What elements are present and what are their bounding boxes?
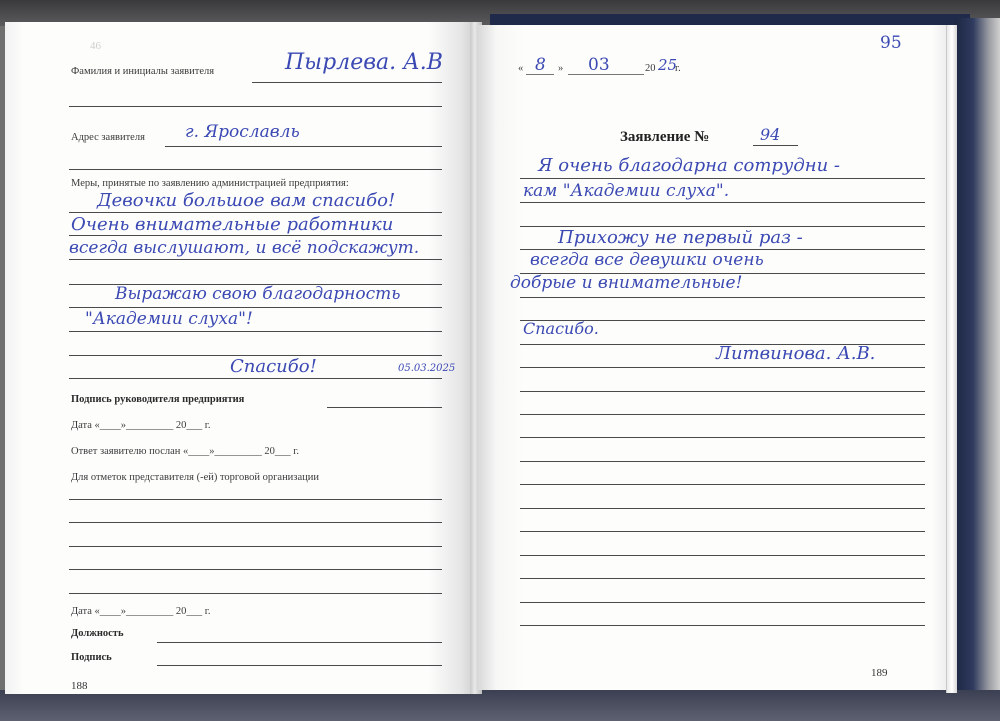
measures-text-line: Спасибо!	[230, 356, 317, 377]
applicant-name-line	[252, 82, 442, 83]
date-year-unit: г.	[675, 63, 681, 74]
blank-line	[69, 106, 442, 107]
statement-text-line: добрые и внимательные!	[510, 273, 742, 293]
date-line: Дата «____»_________ 20___ г.	[71, 420, 211, 431]
measures-date: 05.03.2025	[398, 363, 455, 374]
ruled-line	[520, 625, 925, 626]
applicant-name-label: Фамилия и инициалы заявителя	[71, 66, 214, 77]
blank-line	[69, 169, 442, 170]
left-page: 46 Фамилия и инициалы заявителя Пырлева.…	[5, 22, 475, 694]
right-page: 95 « 8 » 03 20 25 г. Заявление № 94 Я оч…	[478, 25, 946, 690]
book-cover-right	[955, 18, 1000, 721]
ruled-line	[69, 259, 442, 260]
ruled-line	[520, 202, 925, 203]
date-month-line	[568, 74, 644, 75]
ruled-line	[520, 367, 925, 368]
date-open-quote: «	[518, 63, 523, 74]
ruled-line	[520, 437, 925, 438]
ruled-line	[69, 546, 442, 547]
ruled-line	[520, 531, 925, 532]
ruled-line	[69, 235, 442, 236]
ruled-line	[69, 212, 442, 213]
ruled-line	[69, 569, 442, 570]
page-number-left: 188	[71, 680, 88, 692]
ruled-line	[520, 602, 925, 603]
manager-signature-label: Подпись руководителя предприятия	[71, 394, 244, 405]
ruled-line	[69, 499, 442, 500]
ruled-line	[69, 593, 442, 594]
statement-text-line: Я очень благодарна сотрудни -	[538, 155, 840, 176]
measures-text-line: всегда выслушают, и всё подскажут.	[69, 238, 419, 258]
ruled-line	[520, 578, 925, 579]
statement-text-line: Прихожу не первый раз -	[558, 227, 803, 248]
applicant-signature: Литвинова. А.В.	[716, 343, 875, 364]
trade-rep-notes-label: Для отметок представителя (-ей) торговой…	[71, 472, 319, 483]
ruled-line	[69, 522, 442, 523]
statement-number-line	[753, 145, 798, 146]
signature-line	[157, 665, 442, 666]
measures-text-line: Девочки большое вам спасибо!	[97, 190, 395, 211]
measures-text-line: Выражаю свою благодарность	[115, 284, 401, 304]
statement-text-line: Спасибо.	[523, 319, 599, 338]
ruled-line	[520, 178, 925, 179]
sheet-number: 95	[880, 33, 902, 53]
ruled-line	[69, 331, 442, 332]
ruled-line	[69, 378, 442, 379]
applicant-address-line	[165, 146, 442, 147]
position-label: Должность	[71, 628, 124, 639]
applicant-name-value: Пырлева. А.В	[285, 50, 443, 75]
measures-label: Меры, принятые по заявлению администраци…	[71, 178, 349, 189]
date-month: 03	[588, 55, 610, 75]
ruled-line	[520, 555, 925, 556]
applicant-address-value: г. Ярославль	[185, 122, 300, 142]
page-edge	[946, 25, 957, 693]
signature-label: Подпись	[71, 652, 112, 663]
measures-text-line: "Академии слуха"!	[85, 309, 253, 329]
book-cover-bottom	[0, 690, 1000, 721]
statement-title: Заявление №	[620, 129, 709, 146]
position-line	[157, 642, 442, 643]
reply-sent-line: Ответ заявителю послан «____»_________ 2…	[71, 446, 299, 457]
date-line-2: Дата «____»_________ 20___ г.	[71, 606, 211, 617]
page-number-right: 189	[871, 667, 888, 679]
ruled-line	[520, 297, 925, 298]
date-close-quote: »	[558, 63, 563, 74]
ruled-line	[520, 414, 925, 415]
statement-text-line: всегда все девушки очень	[530, 250, 764, 270]
date-day-line	[526, 74, 554, 75]
ruled-line	[520, 508, 925, 509]
ruled-line	[520, 484, 925, 485]
ruled-line	[520, 461, 925, 462]
ruled-line	[69, 307, 442, 308]
ruled-line	[520, 391, 925, 392]
statement-number: 94	[760, 125, 780, 144]
date-year-prefix: 20	[645, 63, 656, 74]
date-day: 8	[535, 55, 546, 75]
applicant-address-label: Адрес заявителя	[71, 132, 145, 143]
margin-mark: 46	[90, 40, 101, 52]
manager-signature-line	[327, 407, 442, 408]
measures-text-line: Очень внимательные работники	[71, 214, 393, 235]
statement-text-line: кам "Академии слуха".	[523, 181, 729, 201]
